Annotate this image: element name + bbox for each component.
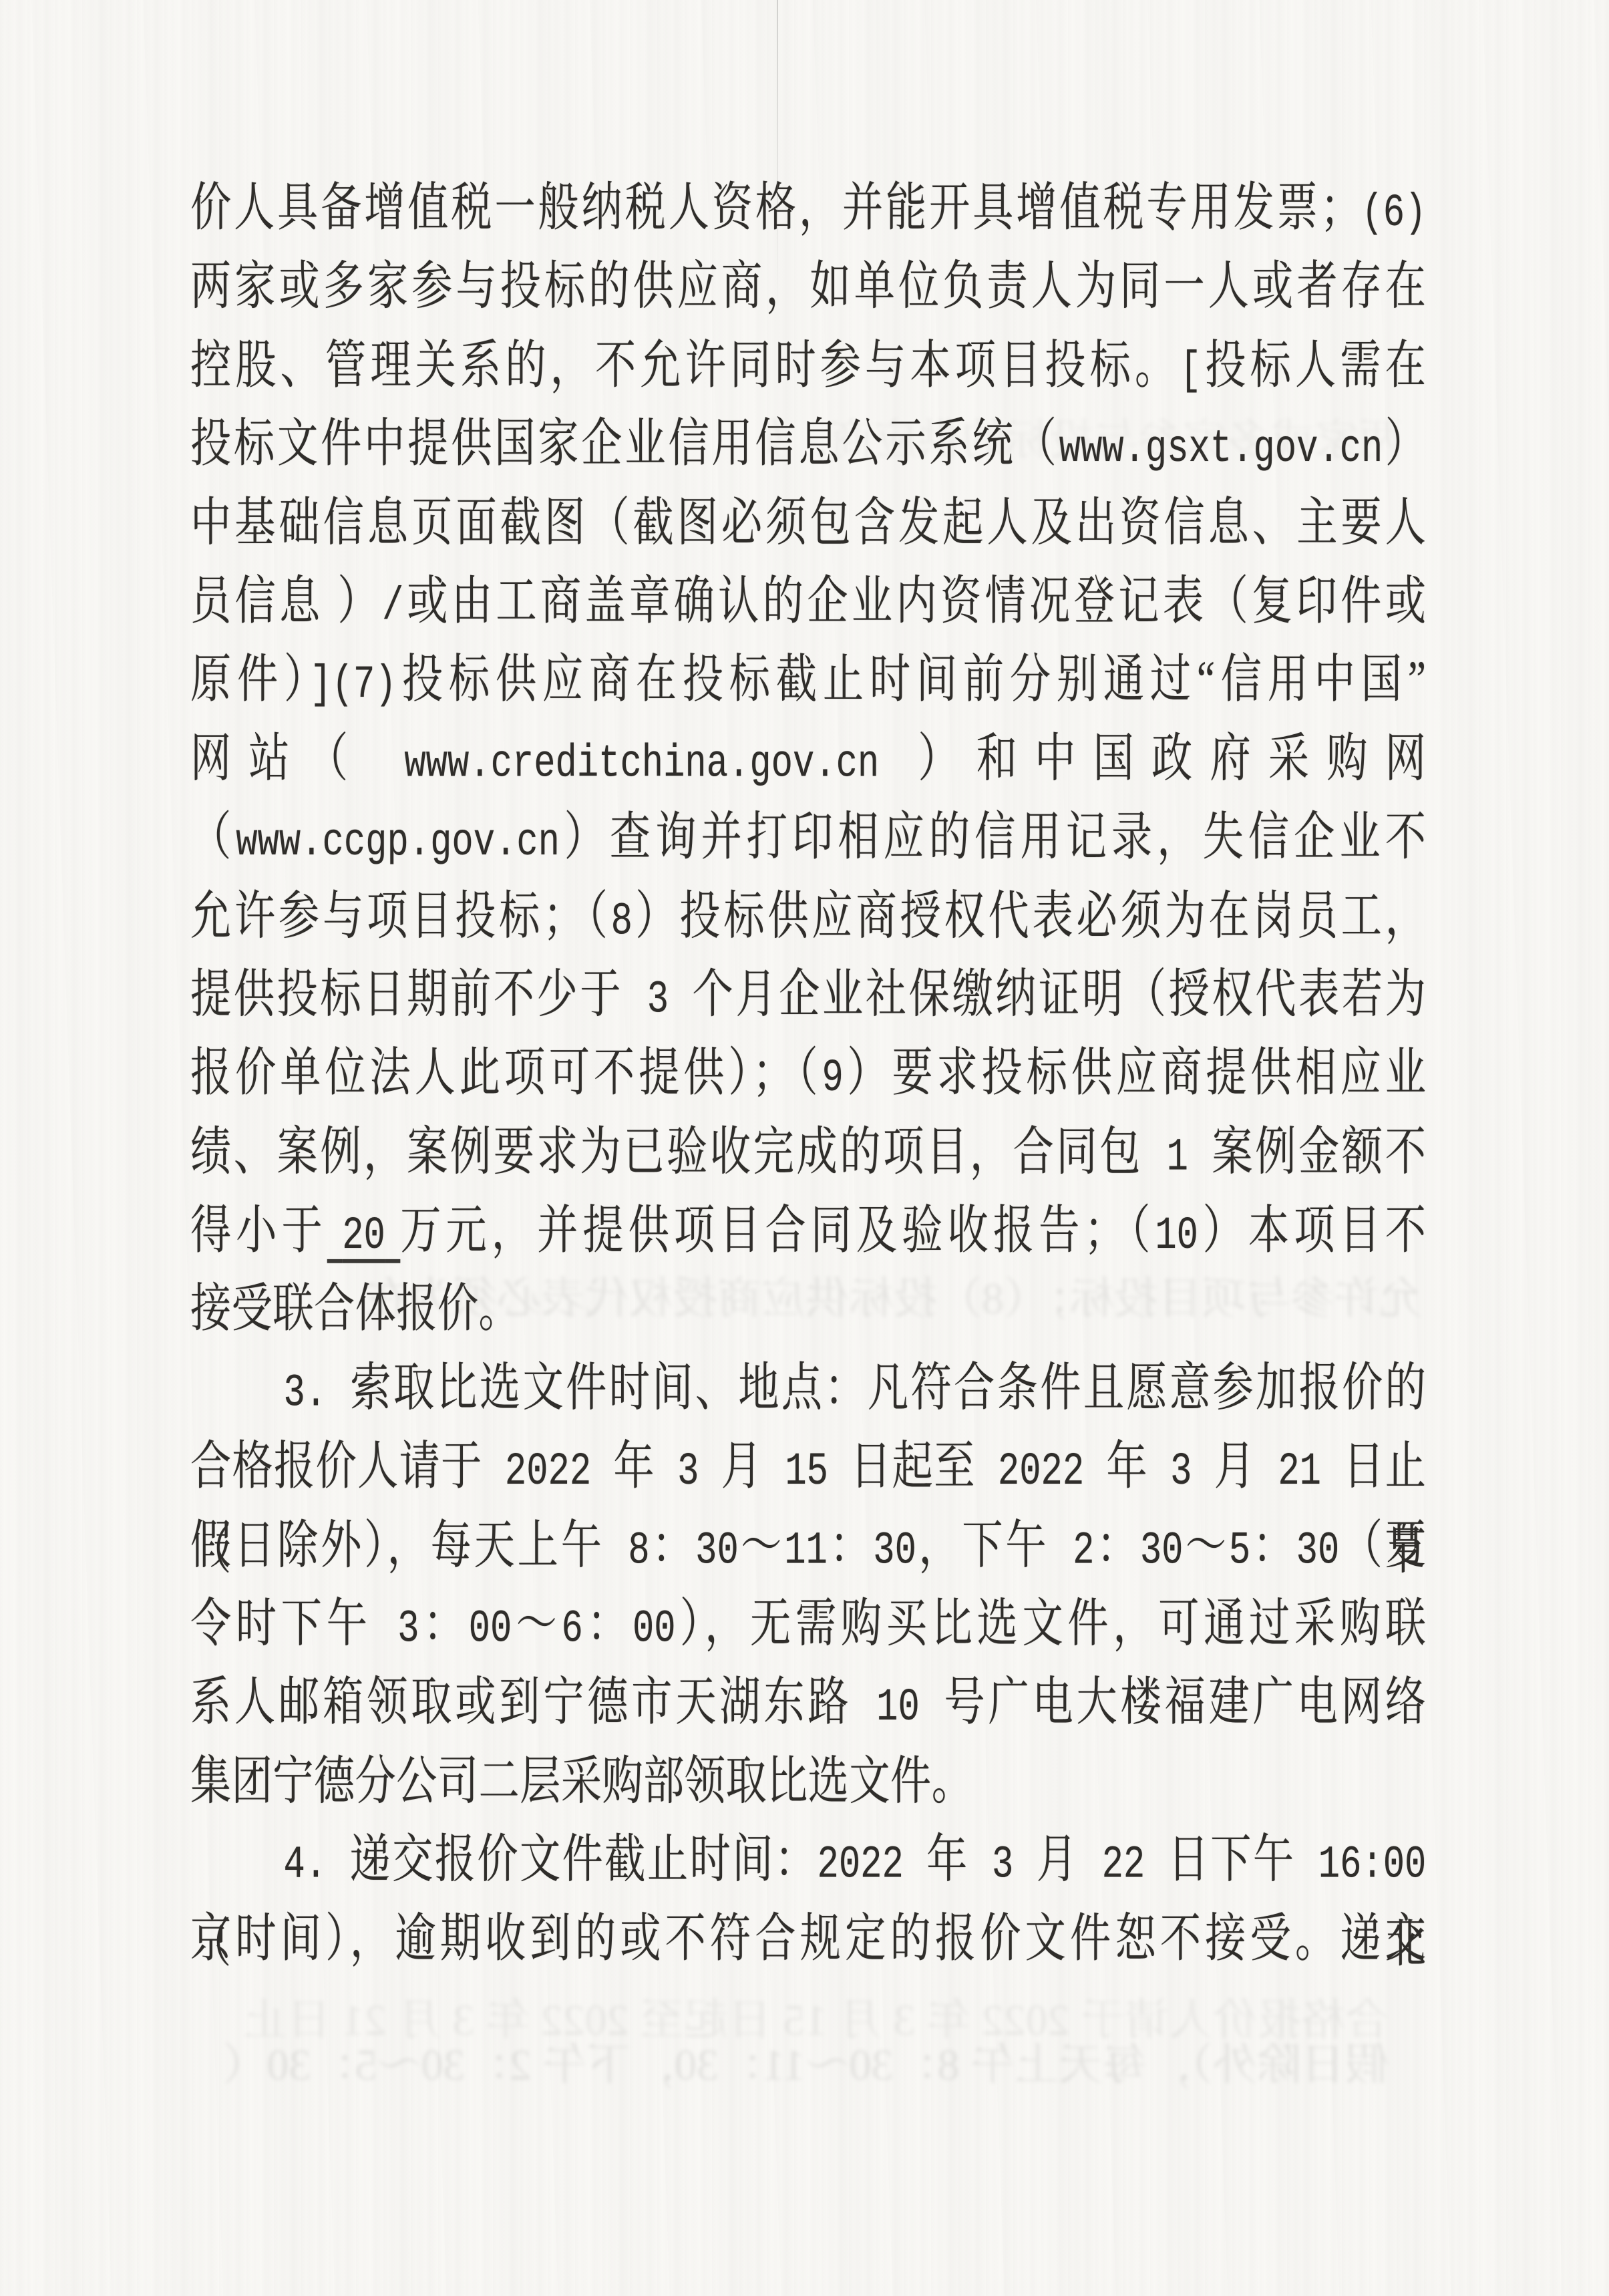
latin-text: 2: [1049, 1524, 1094, 1576]
bleed-through-text-4: 假日除外），每天上午 8：30～11：30，下午 2：30～5：30（夏: [224, 2039, 1389, 2095]
text-line-2: 两家或多家参与投标的供应商，如单位负责人为同一人或者存在: [190, 247, 1426, 326]
latin-text: 3: [1148, 1446, 1214, 1498]
text-line-7: 原件）](7)投标供应商在投标截止时间前分别通过“信用中国”: [190, 640, 1426, 719]
latin-text: 20: [342, 1209, 385, 1261]
text-line-22: 4. 递交报价文件截止时间：2022 年 3 月 22 日下午 16:00（北: [190, 1820, 1426, 1899]
text-line-20: 系人邮箱领取或到宁德市天湖东路 10 号广电大楼福建广电网络: [190, 1663, 1426, 1742]
text-line-10: 允许参与项目投标；（8）投标供应商授权代表必须为在岗员工，: [190, 876, 1426, 955]
text-line-11: 提供投标日期前不少于 3 个月企业社保缴纳证明（授权代表若为: [190, 955, 1426, 1033]
text-line-19: 令时下午 3：00～6：00），无需购买比选文件，可通过采购联: [190, 1584, 1426, 1663]
text-line-17: 合格报价人请于 2022 年 3 月 15 日起至 2022 年 3 月 21 …: [190, 1427, 1426, 1506]
latin-text: 3: [623, 973, 692, 1025]
latin-text: (6): [1361, 187, 1426, 239]
latin-text: 16:00: [1295, 1838, 1426, 1891]
latin-text: /: [382, 580, 403, 632]
latin-text: 21: [1256, 1446, 1343, 1498]
scanned-document-page: 价人具备增值税一般纳税人资格，并能开具增值税专用发票；(6)两家或多家参与投标的…: [0, 0, 1609, 2296]
latin-text: 9: [822, 1052, 844, 1104]
latin-text: 10: [1155, 1209, 1198, 1261]
latin-text: 30: [695, 1524, 739, 1576]
latin-text: 2022: [976, 1446, 1107, 1498]
text-line-18: 假日除外），每天上午 8：30～11：30，下午 2：30～5：30（夏: [190, 1506, 1426, 1585]
latin-text: 00: [469, 1603, 512, 1655]
latin-text: 30: [1296, 1524, 1340, 1576]
text-segment: 得小于: [190, 1201, 327, 1259]
text-line-1: 价人具备增值税一般纳税人资格，并能开具增值税专用发票；(6): [190, 168, 1426, 247]
latin-text: 4.: [284, 1838, 350, 1891]
underlined-amount: 20: [327, 1201, 400, 1259]
latin-text: www.ccgp.gov.cn: [236, 816, 560, 868]
latin-text: 11: [784, 1524, 828, 1576]
text-line-13: 绩、案例，案例要求为已验收完成的项目，合同包 1 案例金额不: [190, 1112, 1426, 1191]
latin-text: www.gsxt.gov.cn: [1059, 423, 1383, 475]
latin-text: 3: [655, 1446, 721, 1498]
latin-text: 3: [372, 1603, 419, 1655]
latin-text: 30: [873, 1524, 916, 1576]
bleed-through-text-3: 合格报价人请于 2022 年 3 月 15 日起至 2022 年 3 月 21 …: [224, 1994, 1389, 2050]
text-line-14: 得小于 20 万元，并提供项目合同及验收报告；（10）本项目不: [190, 1191, 1426, 1270]
latin-text: 6: [561, 1603, 582, 1655]
text-line-23: 京时间），逾期收到的或不符合规定的报价文件恕不接受。递交: [190, 1899, 1426, 1977]
latin-text: 00: [633, 1603, 676, 1655]
latin-text: ](7): [310, 659, 396, 711]
latin-text: 15: [763, 1446, 850, 1498]
latin-text: 8: [611, 894, 633, 947]
latin-text: 3: [969, 1838, 1037, 1891]
text-line-9: （www.ccgp.gov.cn）查询并打印相应的信用记录，失信企业不: [190, 798, 1426, 876]
text-line-5: 中基础信息页面截图（截图必须包含发起人及出资信息、主要人: [190, 483, 1426, 562]
document-text: 价人具备增值税一般纳税人资格，并能开具增值税专用发票；(6)两家或多家参与投标的…: [190, 168, 1426, 1977]
latin-text: www.creditchina.gov.cn: [365, 737, 918, 790]
text-line-15: 接受联合体报价。: [190, 1269, 1426, 1348]
latin-text: 2022: [818, 1838, 927, 1891]
latin-text: 8: [604, 1524, 650, 1576]
latin-text: [: [1180, 344, 1201, 396]
text-line-21: 集团宁德分公司二层采购部领取比选文件。: [190, 1742, 1426, 1820]
latin-text: 2022: [483, 1446, 614, 1498]
latin-text: 30: [1140, 1524, 1184, 1576]
latin-text: 10: [852, 1681, 944, 1734]
text-line-12: 报价单位法人此项可不提供）；（9）要求投标供应商提供相应业: [190, 1033, 1426, 1112]
text-line-3: 控股、管理关系的，不允许同时参与本项目投标。[投标人需在: [190, 325, 1426, 404]
text-segment: 万元，并提供项目合同及验收报告；（10）本项目不: [400, 1201, 1426, 1259]
latin-text: 5: [1229, 1524, 1250, 1576]
text-line-4: 投标文件中提供国家企业信用信息公示系统（www.gsxt.gov.cn）: [190, 404, 1426, 483]
latin-text: 1: [1143, 1131, 1212, 1183]
text-line-6: 员信息 ）/或由工商盖章确认的企业内资情况登记表（复印件或: [190, 562, 1426, 641]
text-line-16: 3. 索取比选文件时间、地点：凡符合条件且愿意参加报价的: [190, 1348, 1426, 1427]
latin-text: 3.: [284, 1367, 351, 1419]
latin-text: 22: [1079, 1838, 1168, 1891]
text-line-8: 网站（ www.creditchina.gov.cn ）和中国政府采购网: [190, 719, 1426, 798]
